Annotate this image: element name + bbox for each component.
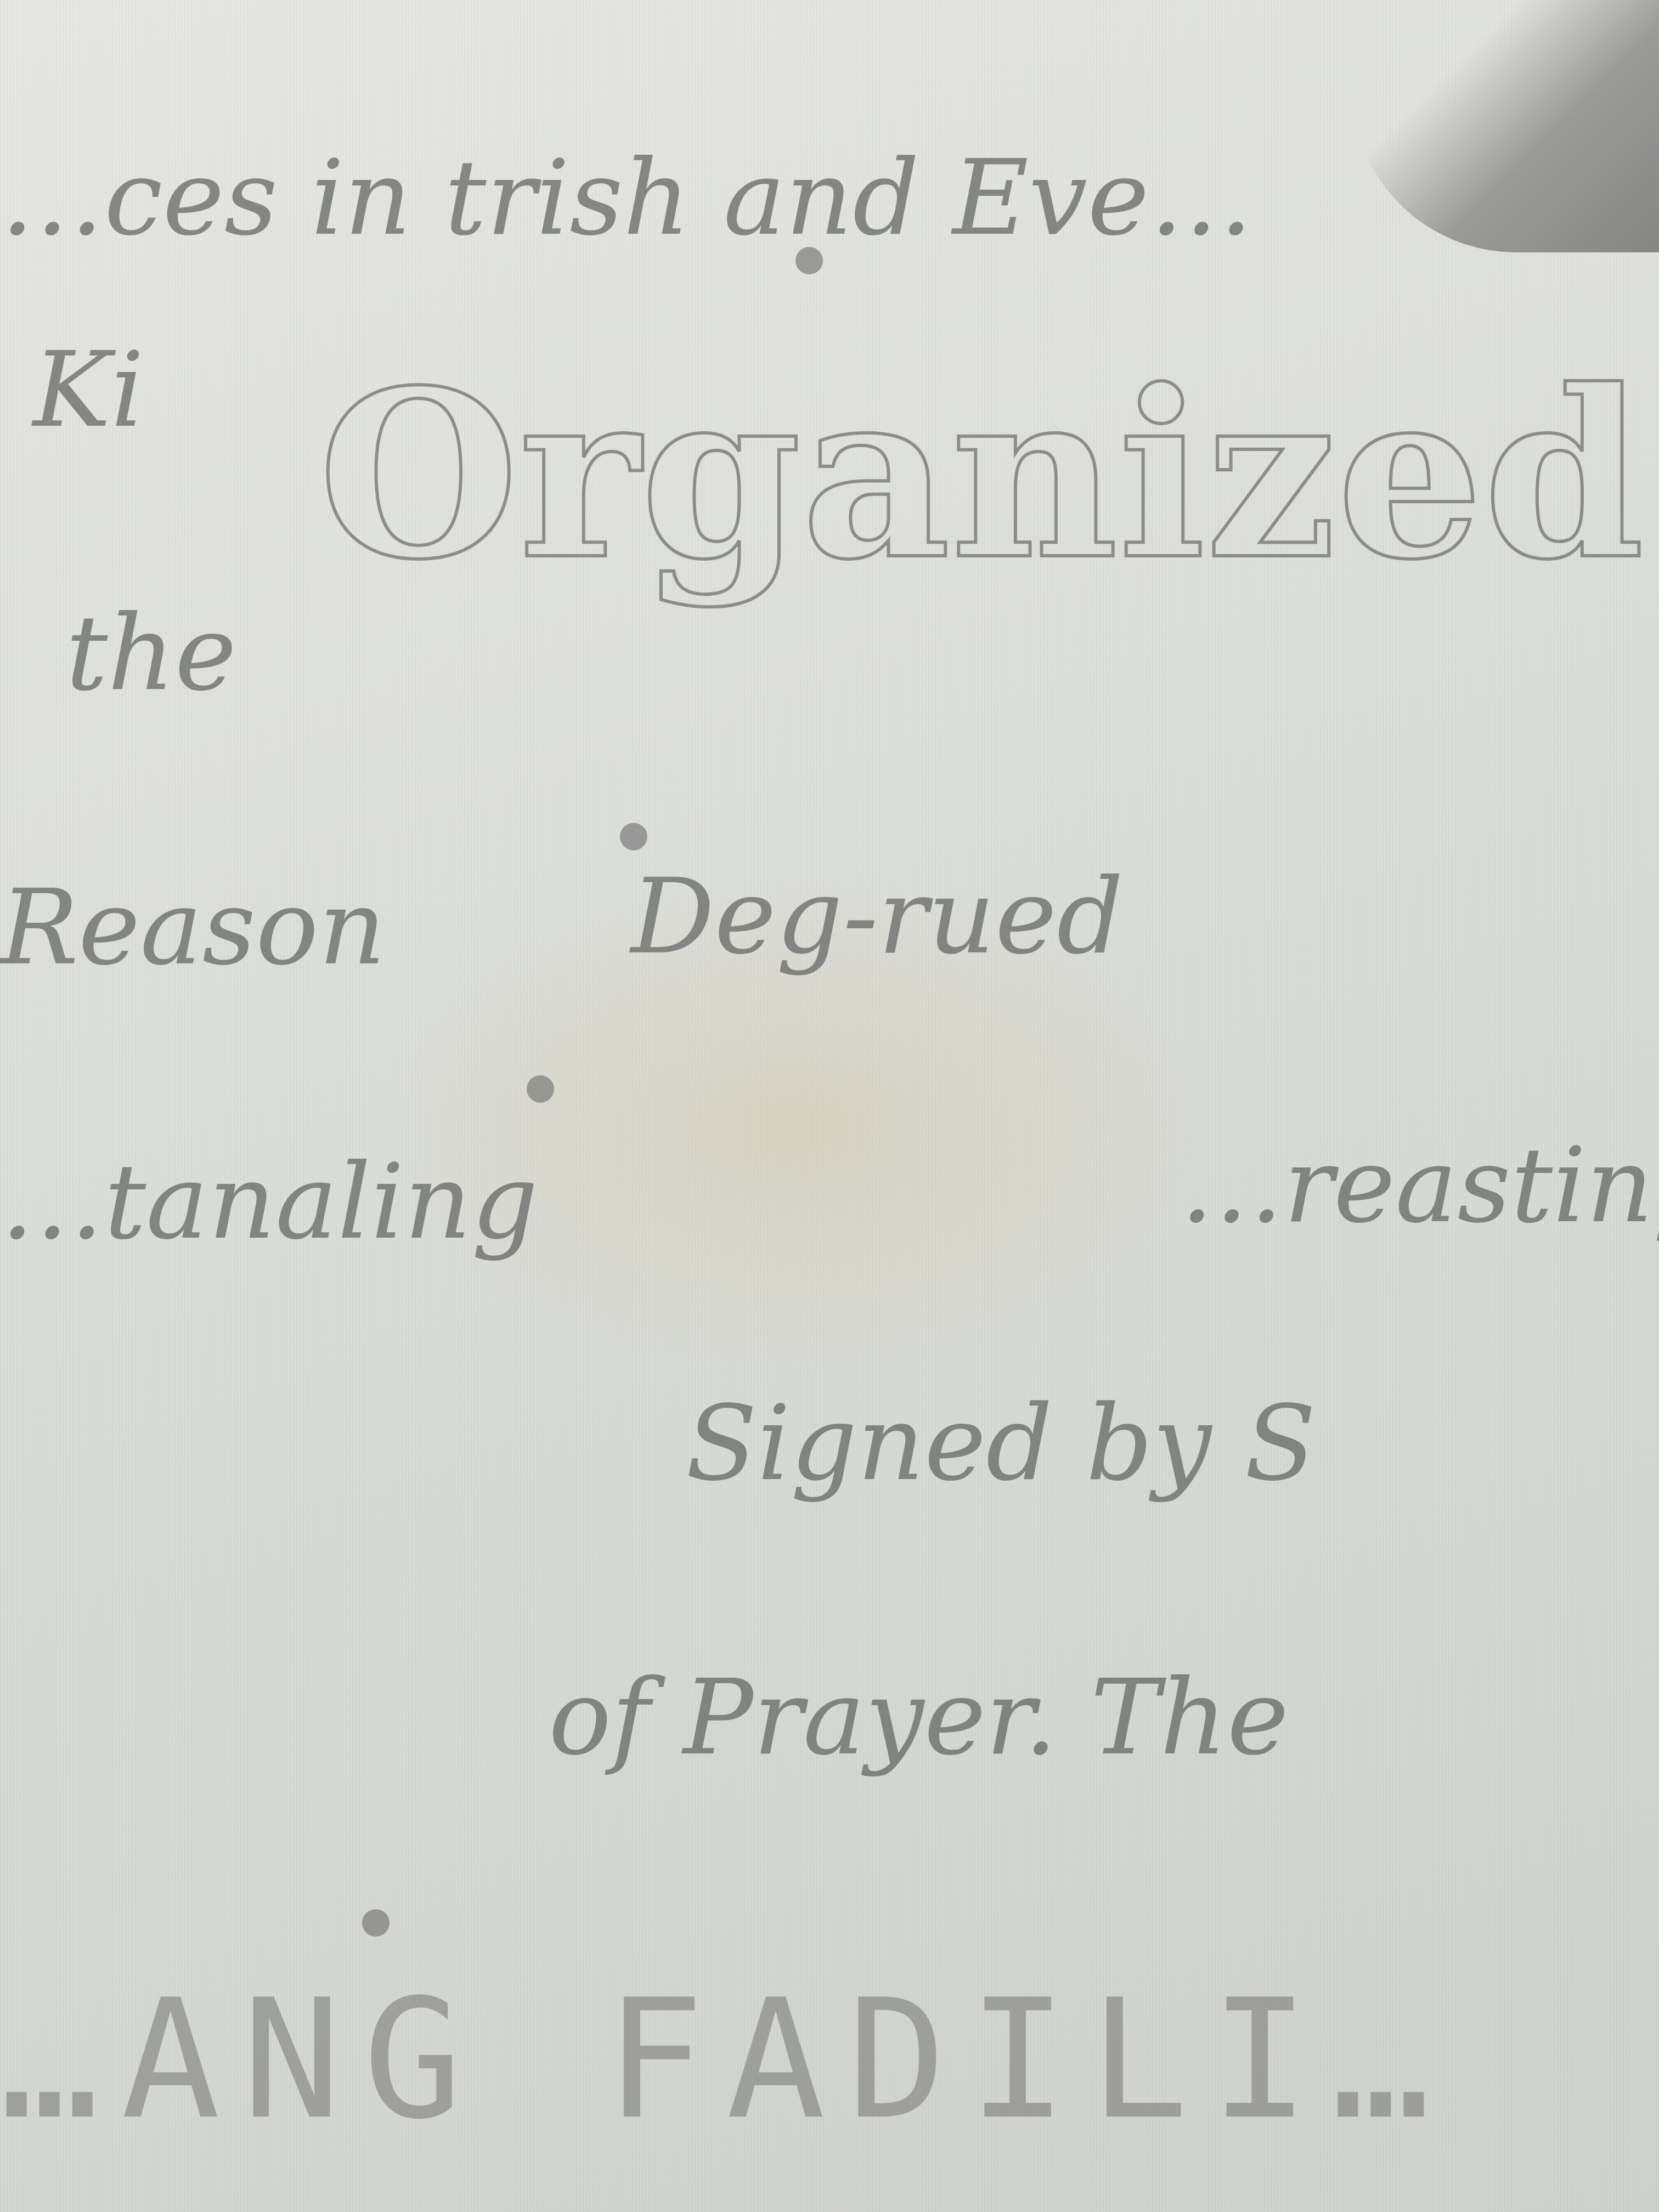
script-line: Reason xyxy=(0,867,386,988)
script-line: …ces in trish and Eve… xyxy=(0,137,1254,258)
script-line: the xyxy=(66,592,236,714)
ink-dot xyxy=(527,1075,554,1103)
script-line: …tanaling xyxy=(0,1141,538,1262)
script-line: Deg-rued xyxy=(631,856,1124,977)
ink-dot xyxy=(795,247,823,274)
script-line: of Prayer. The xyxy=(549,1657,1289,1778)
script-line: Signed by S xyxy=(686,1383,1316,1504)
ink-dot xyxy=(620,823,647,850)
ink-dot xyxy=(362,1909,390,1937)
caps-line: …ANG FADILI… xyxy=(0,1964,1452,2155)
script-line: …reasting xyxy=(1180,1125,1659,1246)
script-line: Ki xyxy=(33,329,144,450)
headline-organized: Organized xyxy=(318,340,1644,611)
